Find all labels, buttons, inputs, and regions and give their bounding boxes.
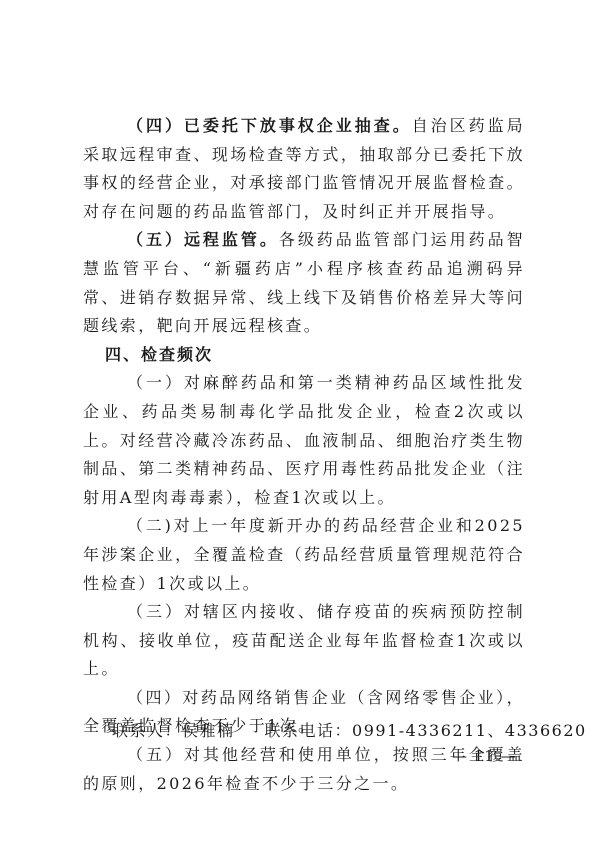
paragraph-text: （一）对麻醉药品和第一类精神药品区域性批发企业、药品类易制毒化学品批发企业，检查… (83, 373, 525, 506)
paragraph-4-entrusted-enterprise-spot-check: （四）已委托下放事权企业抽查。自治区药监局采取远程审查、现场检查等方式，抽取部分… (83, 112, 525, 226)
frequency-item-1: （一）对麻醉药品和第一类精神药品区域性批发企业、药品类易制毒化学品批发企业，检查… (83, 369, 525, 512)
contact-person-label: 联系人： (112, 721, 182, 740)
section-heading-inspection-frequency: 四、检查频次 (83, 341, 525, 370)
contact-phone-label: 联系电话： (265, 721, 353, 740)
page-number: — 11 — (452, 747, 517, 765)
paragraph-lead: （四）已委托下放事权企业抽查。 (127, 116, 412, 135)
contact-info: 联系人：侯雅楠联系电话：0991-4336211、4336620 (112, 718, 587, 741)
paragraph-text: （三）对辖区内接收、储存疫苗的疾病预防控制机构、接收单位，疫苗配送企业每年监督检… (83, 602, 525, 678)
contact-person: 侯雅楠 (182, 721, 235, 740)
paragraph-text: （二)对上一年度新开办的药品经营企业和2025年涉案企业，全覆盖检查（药品经营质… (83, 516, 525, 592)
paragraph-lead: （五）远程监管。 (127, 230, 279, 249)
document-body: （四）已委托下放事权企业抽查。自治区药监局采取远程审查、现场检查等方式，抽取部分… (83, 112, 525, 798)
frequency-item-2: （二)对上一年度新开办的药品经营企业和2025年涉案企业，全覆盖检查（药品经营质… (83, 512, 525, 598)
frequency-item-3: （三）对辖区内接收、储存疫苗的疾病预防控制机构、接收单位，疫苗配送企业每年监督检… (83, 598, 525, 684)
contact-phone: 0991-4336211、4336620 (352, 721, 587, 740)
paragraph-5-remote-supervision: （五）远程监管。各级药品监管部门运用药品智慧监管平台、“新疆药店”小程序核查药品… (83, 226, 525, 340)
